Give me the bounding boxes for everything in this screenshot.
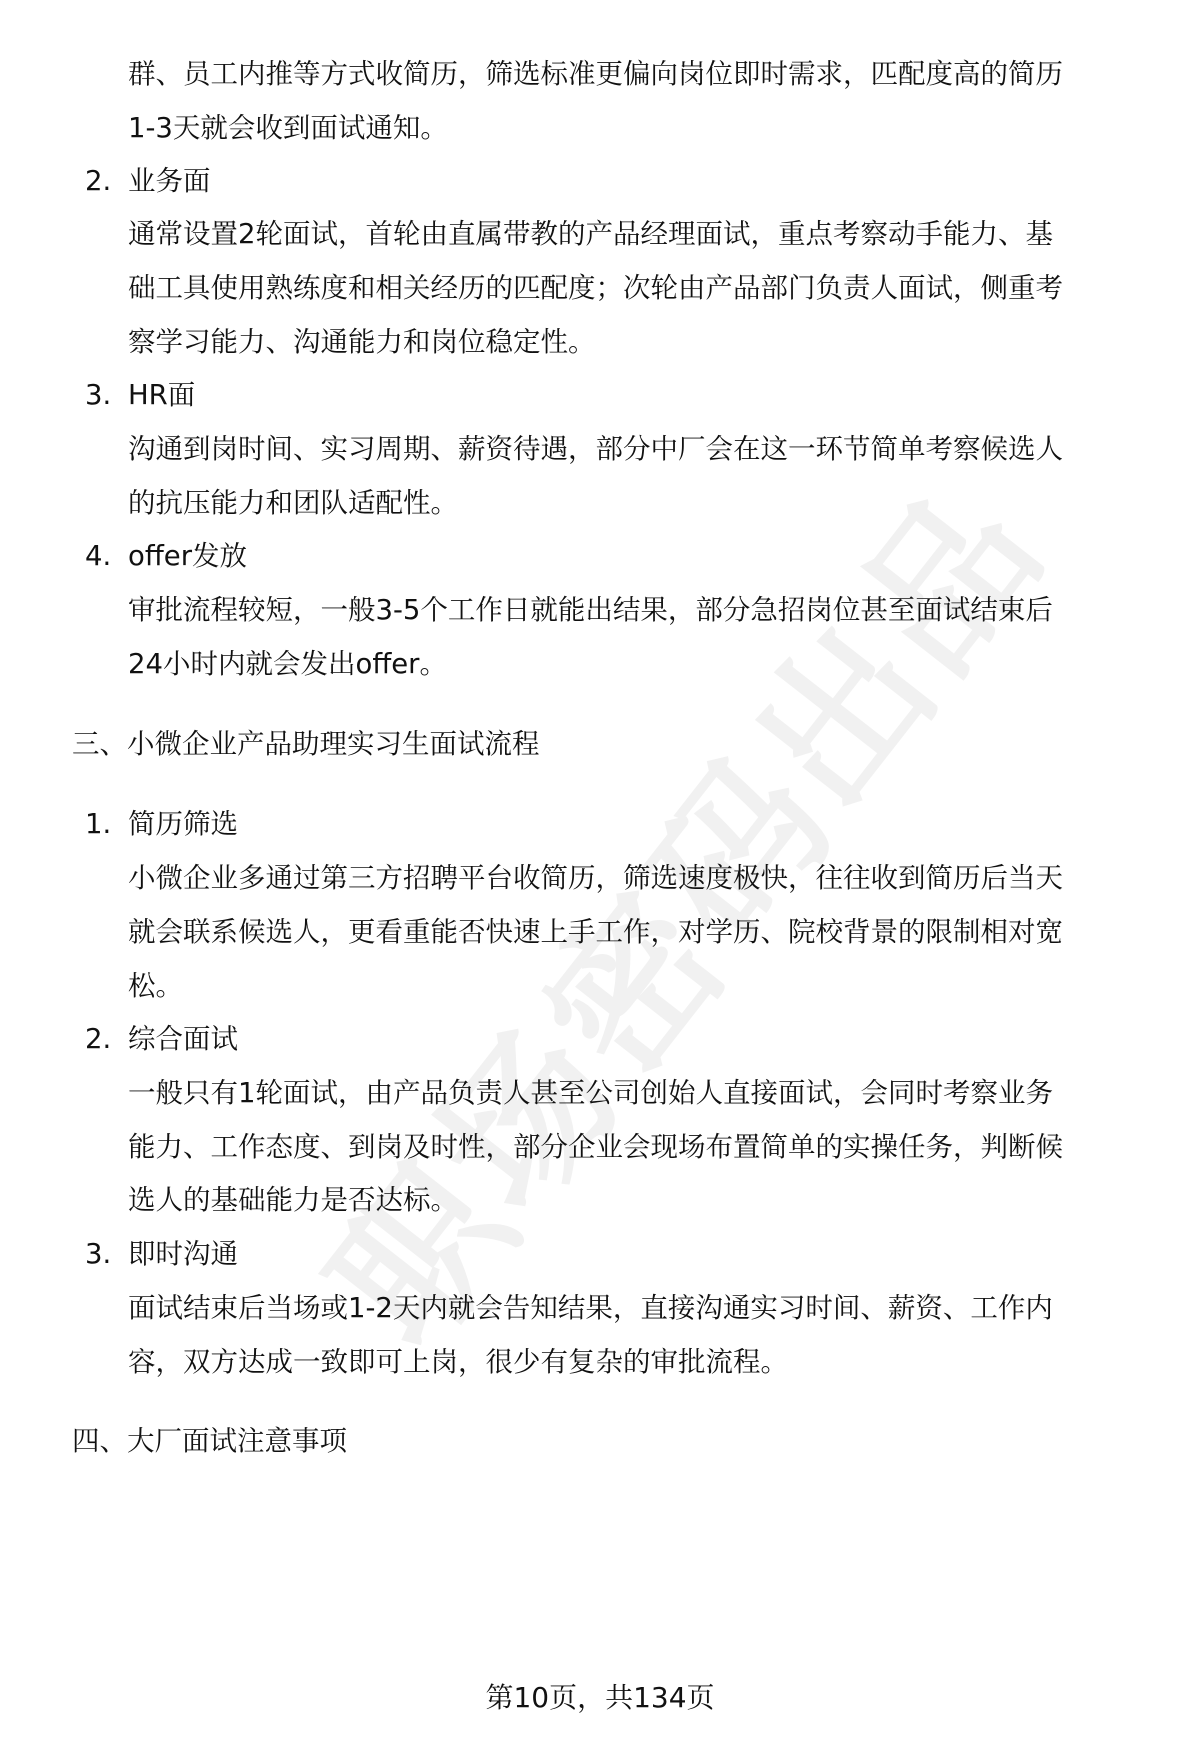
- list-number: 2.: [85, 1021, 128, 1057]
- list-title: 综合面试: [128, 1023, 238, 1055]
- list-number: 3.: [85, 1236, 128, 1272]
- paragraph-line: 通常设置2轮面试，首轮由直属带教的产品经理面试，重点考察动手能力、基: [128, 216, 1053, 252]
- list-title: 业务面: [128, 165, 211, 197]
- list-number: 1.: [85, 806, 128, 842]
- paragraph-line: 察学习能力、沟通能力和岗位稳定性。: [128, 324, 596, 360]
- list-number: 3.: [85, 377, 128, 413]
- paragraph-line: 就会联系候选人，更看重能否快速上手工作，对学历、院校背景的限制相对宽: [128, 914, 1063, 950]
- list-title: HR面: [128, 379, 195, 411]
- section-heading: 三、小微企业产品助理实习生面试流程: [72, 726, 540, 762]
- paragraph-line: 沟通到岗时间、实习周期、薪资待遇，部分中厂会在这一环节简单考察候选人: [128, 431, 1063, 467]
- document-page: 职场密码出品 群、员工内推等方式收简历，筛选标准更偏向岗位即时需求，匹配度高的简…: [0, 0, 1200, 1755]
- paragraph-line: 1-3天就会收到面试通知。: [128, 110, 448, 146]
- paragraph-line: 一般只有1轮面试，由产品负责人甚至公司创始人直接面试，会同时考察业务: [128, 1075, 1053, 1111]
- list-item-title: 3.即时沟通: [85, 1236, 238, 1272]
- list-item-title: 3.HR面: [85, 377, 195, 413]
- list-title: 简历筛选: [128, 808, 238, 840]
- section-heading: 四、大厂面试注意事项: [72, 1423, 347, 1459]
- paragraph-line: 松。: [128, 968, 183, 1004]
- list-item-title: 4.offer发放: [85, 538, 247, 574]
- paragraph-line: 群、员工内推等方式收简历，筛选标准更偏向岗位即时需求，匹配度高的简历: [128, 56, 1063, 92]
- paragraph-line: 审批流程较短，一般3-5个工作日就能出结果，部分急招岗位甚至面试结束后: [128, 592, 1053, 628]
- list-title: offer发放: [128, 540, 247, 572]
- paragraph-line: 础工具使用熟练度和相关经历的匹配度；次轮由产品部门负责人面试，侧重考: [128, 270, 1063, 306]
- paragraph-line: 24小时内就会发出offer。: [128, 646, 447, 682]
- list-number: 2.: [85, 163, 128, 199]
- paragraph-line: 容，双方达成一致即可上岗，很少有复杂的审批流程。: [128, 1344, 788, 1380]
- page-number-footer: 第10页，共134页: [0, 1680, 1200, 1716]
- list-item-title: 1.简历筛选: [85, 806, 238, 842]
- paragraph-line: 选人的基础能力是否达标。: [128, 1182, 458, 1218]
- list-number: 4.: [85, 538, 128, 574]
- paragraph-line: 的抗压能力和团队适配性。: [128, 485, 458, 521]
- list-item-title: 2.综合面试: [85, 1021, 238, 1057]
- paragraph-line: 小微企业多通过第三方招聘平台收简历，筛选速度极快，往往收到简历后当天: [128, 860, 1063, 896]
- paragraph-line: 面试结束后当场或1-2天内就会告知结果，直接沟通实习时间、薪资、工作内: [128, 1290, 1053, 1326]
- list-item-title: 2.业务面: [85, 163, 211, 199]
- list-title: 即时沟通: [128, 1238, 238, 1270]
- paragraph-line: 能力、工作态度、到岗及时性，部分企业会现场布置简单的实操任务，判断候: [128, 1129, 1063, 1165]
